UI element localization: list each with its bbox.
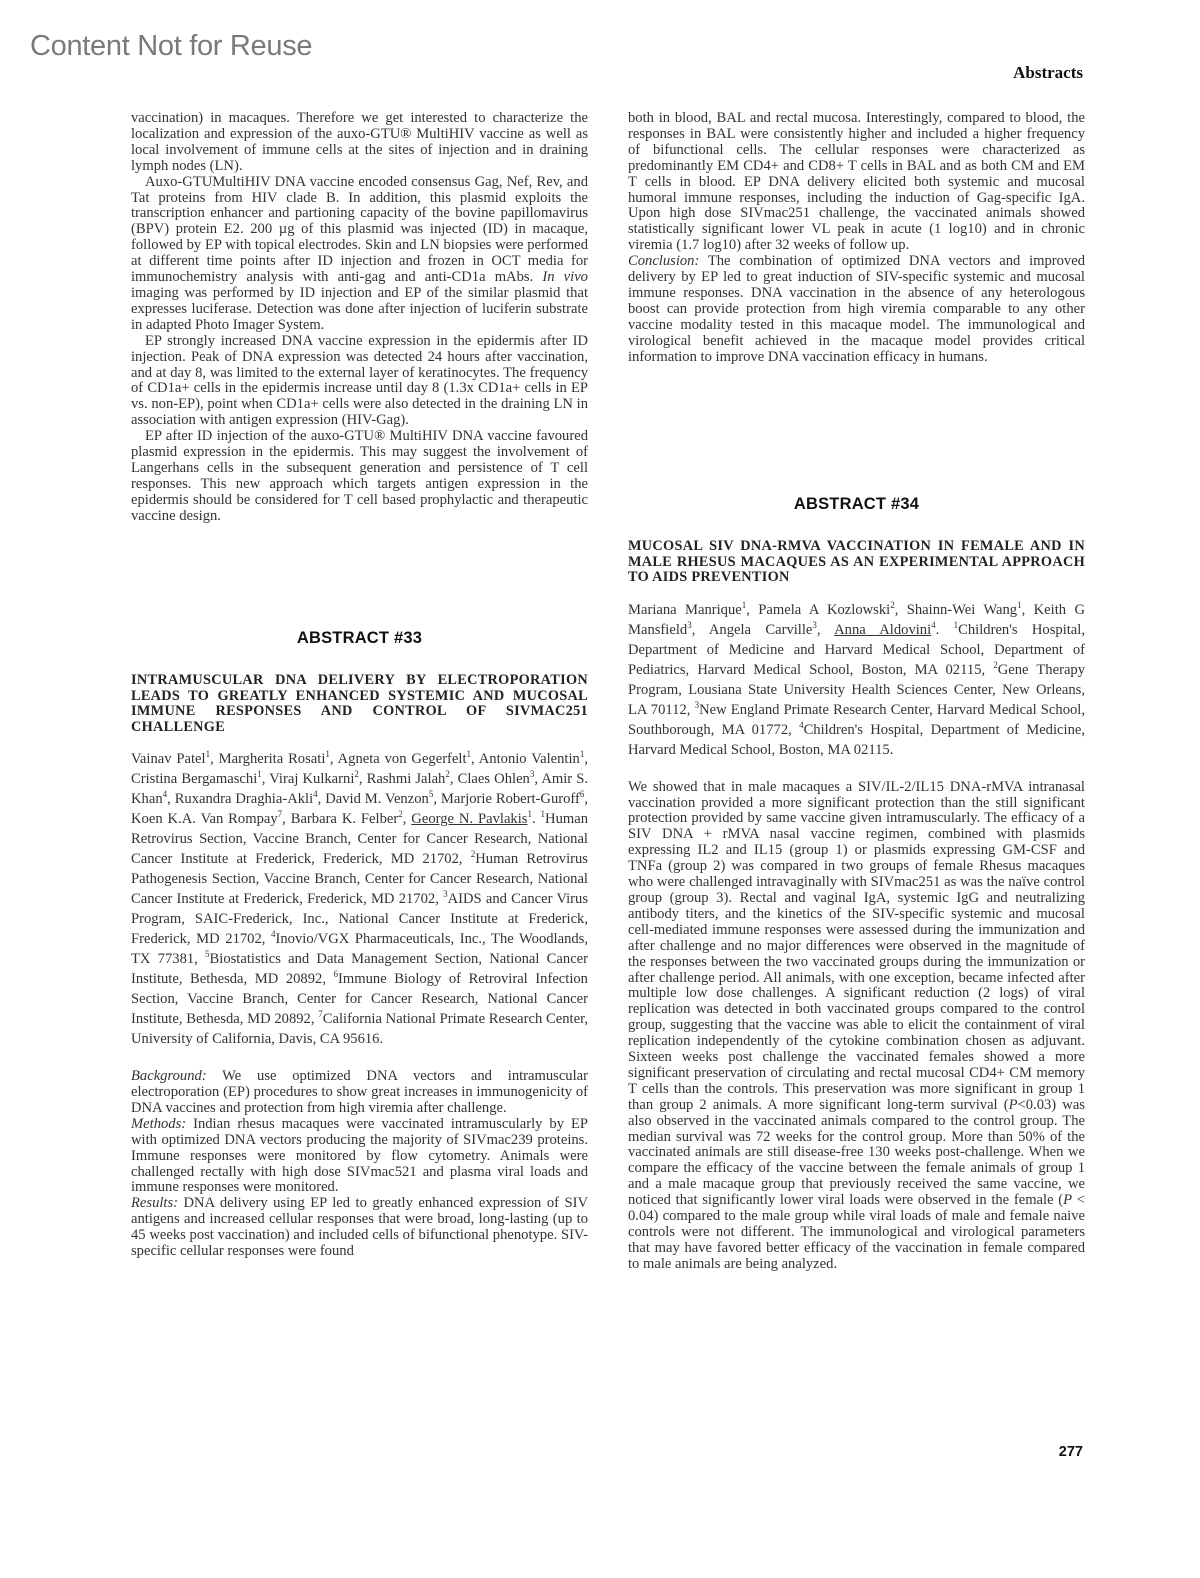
abstract-34-body: We showed that in male macaques a SIV/IL…: [628, 780, 1085, 1273]
continuation-paragraph: EP after ID injection of the auxo-GTU® M…: [131, 429, 588, 524]
abstract-33-authors: Vainav Patel1, Margherita Rosati1, Agnet…: [131, 749, 588, 1049]
conclusion-section: Conclusion: The combination of optimized…: [628, 254, 1085, 365]
running-head: Abstracts: [1013, 63, 1083, 83]
abstract-33-heading: ABSTRACT #33: [131, 631, 588, 647]
abstract-34-title: MUCOSAL SIV DNA-RMVA VACCINATION IN FEMA…: [628, 539, 1085, 585]
results-section: Results: DNA delivery using EP led to gr…: [131, 1196, 588, 1260]
right-column: both in blood, BAL and rectal mucosa. In…: [628, 111, 1085, 1273]
abstract-33-title: INTRAMUSCULAR DNA DELIVERY BY ELECTROPOR…: [131, 673, 588, 735]
methods-section: Methods: Indian rhesus macaques were vac…: [131, 1117, 588, 1197]
abstract-34-authors: Mariana Manrique1, Pamela A Kozlowski2, …: [628, 600, 1085, 760]
presenting-author: Anna Aldovini: [834, 622, 931, 638]
continuation-paragraph: vaccination) in macaques. Therefore we g…: [131, 111, 588, 175]
left-column: vaccination) in macaques. Therefore we g…: [131, 111, 588, 1260]
watermark: Content Not for Reuse: [30, 30, 312, 63]
page-number: 277: [1059, 1444, 1083, 1460]
results-continuation: both in blood, BAL and rectal mucosa. In…: [628, 111, 1085, 254]
continuation-paragraph: EP strongly increased DNA vaccine expres…: [131, 334, 588, 429]
continuation-paragraph: Auxo-GTUMultiHIV DNA vaccine encoded con…: [131, 175, 588, 334]
abstract-33-body: Background: We use optimized DNA vectors…: [131, 1069, 588, 1260]
abstract-34-heading: ABSTRACT #34: [628, 497, 1085, 513]
background-section: Background: We use optimized DNA vectors…: [131, 1069, 588, 1117]
presenting-author: George N. Pavlakis: [411, 811, 527, 827]
